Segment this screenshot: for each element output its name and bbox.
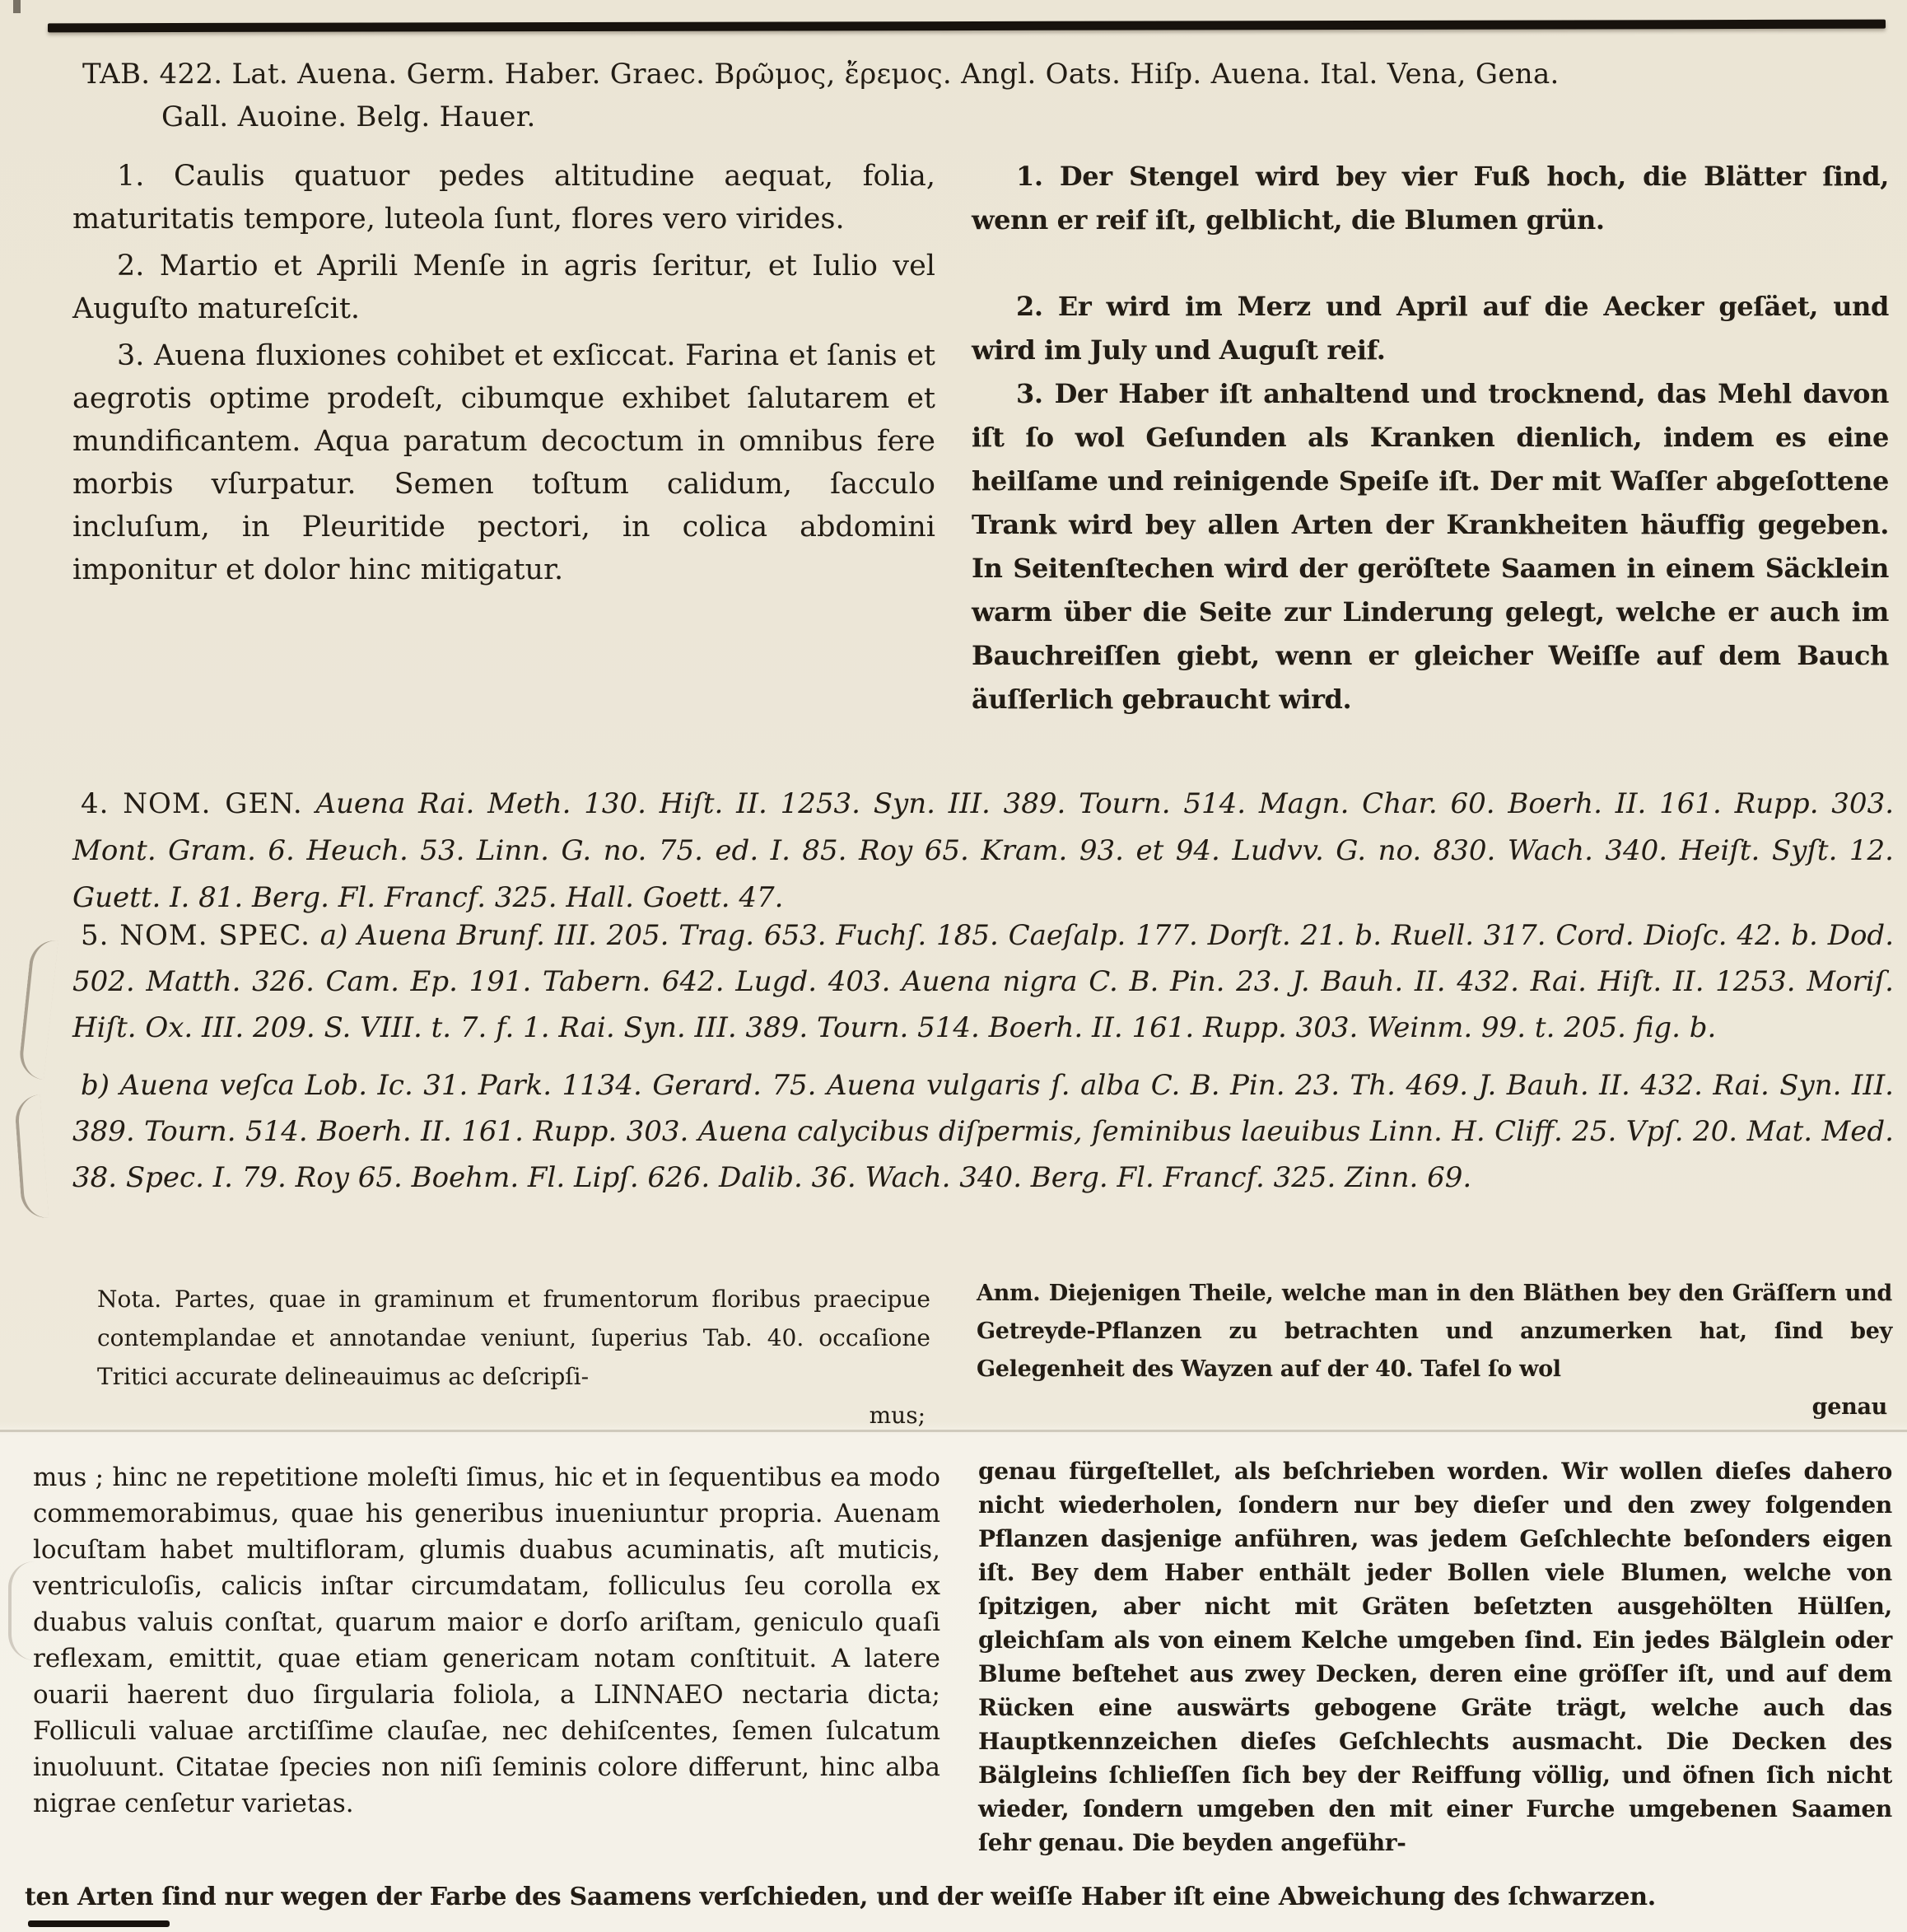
nom-gen-label: 4. NOM. GEN. [81,787,303,820]
tab-header-line1: TAB. 422. Lat. Auena. Germ. Haber. Graec… [82,53,1877,96]
bottom-horizontal-rule [28,1920,170,1927]
anm-german-catchword: genau [977,1388,1892,1426]
top-horizontal-rule [48,20,1886,33]
nom-spec-item-a: 5. NOM. SPEC. a) Auena Brunf. III. 205. … [72,912,1894,1051]
latin-column: 1. Caulis quatuor pedes altitudine aequa… [72,155,935,595]
scan-corner-mark [13,0,21,13]
scanned-book-page: TAB. 422. Lat. Auena. Germ. Haber. Graec… [0,0,1907,1932]
nom-gen-text: Auena Rai. Meth. 130. Hiſt. II. 1253. Sy… [72,787,1894,914]
nom-spec-section: 5. NOM. SPEC. a) Auena Brunf. III. 205. … [72,912,1894,1212]
final-full-width-line: ten Arten ſind nur wegen der Farbe des S… [25,1881,1803,1914]
latin-paragraph-3: 3. Auena fluxiones cohibet et exſiccat. … [72,334,935,591]
german-paragraph-2: 2. Er wird im Merz und April auf die Aec… [972,285,1889,372]
nota-latin-footnote: Nota. Partes, quae in graminum et frumen… [97,1280,930,1435]
tab-header: TAB. 422. Lat. Auena. Germ. Haber. Graec… [82,53,1877,138]
scan-seam-divider [0,1430,1907,1432]
margin-brace-mark [8,1561,35,1660]
latin-paragraph-2: 2. Martio et Aprili Menſe in agris ſerit… [72,245,935,330]
margin-brace-mark [14,1094,49,1220]
nota-latin-text: Nota. Partes, quae in graminum et frumen… [97,1280,930,1396]
anm-german-text: Anm. Diejenigen Theile, welche man in de… [977,1275,1892,1388]
lower-latin-column: mus ; hinc ne repetitione moleſti ſimus,… [33,1459,940,1822]
nom-spec-label: 5. NOM. SPEC. [81,919,310,952]
nom-spec-item-b: b) Auena veſca Lob. Ic. 31. Park. 1134. … [72,1062,1894,1201]
german-paragraph-3: 3. Der Haber iſt anhaltend und trocknend… [972,372,1889,721]
nota-latin-catchword: mus; [97,1396,930,1435]
margin-brace-mark [17,938,58,1080]
tab-header-line2: Gall. Auoine. Belg. Hauer. [161,96,1877,138]
anm-german-footnote: Anm. Diejenigen Theile, welche man in de… [977,1275,1892,1426]
german-column: 1. Der Stengel wird bey vier Fuß hoch, d… [972,155,1889,721]
nom-gen-section: 4. NOM. GEN. Auena Rai. Meth. 130. Hiſt.… [72,781,1894,922]
latin-paragraph-1: 1. Caulis quatuor pedes altitudine aequa… [72,155,935,240]
german-paragraph-1: 1. Der Stengel wird bey vier Fuß hoch, d… [972,155,1889,242]
lower-german-column: genau fürgeſtellet, als beſchrieben word… [978,1454,1892,1860]
nom-spec-item-a-text: a) Auena Brunf. III. 205. Trag. 653. Fuc… [72,919,1894,1044]
